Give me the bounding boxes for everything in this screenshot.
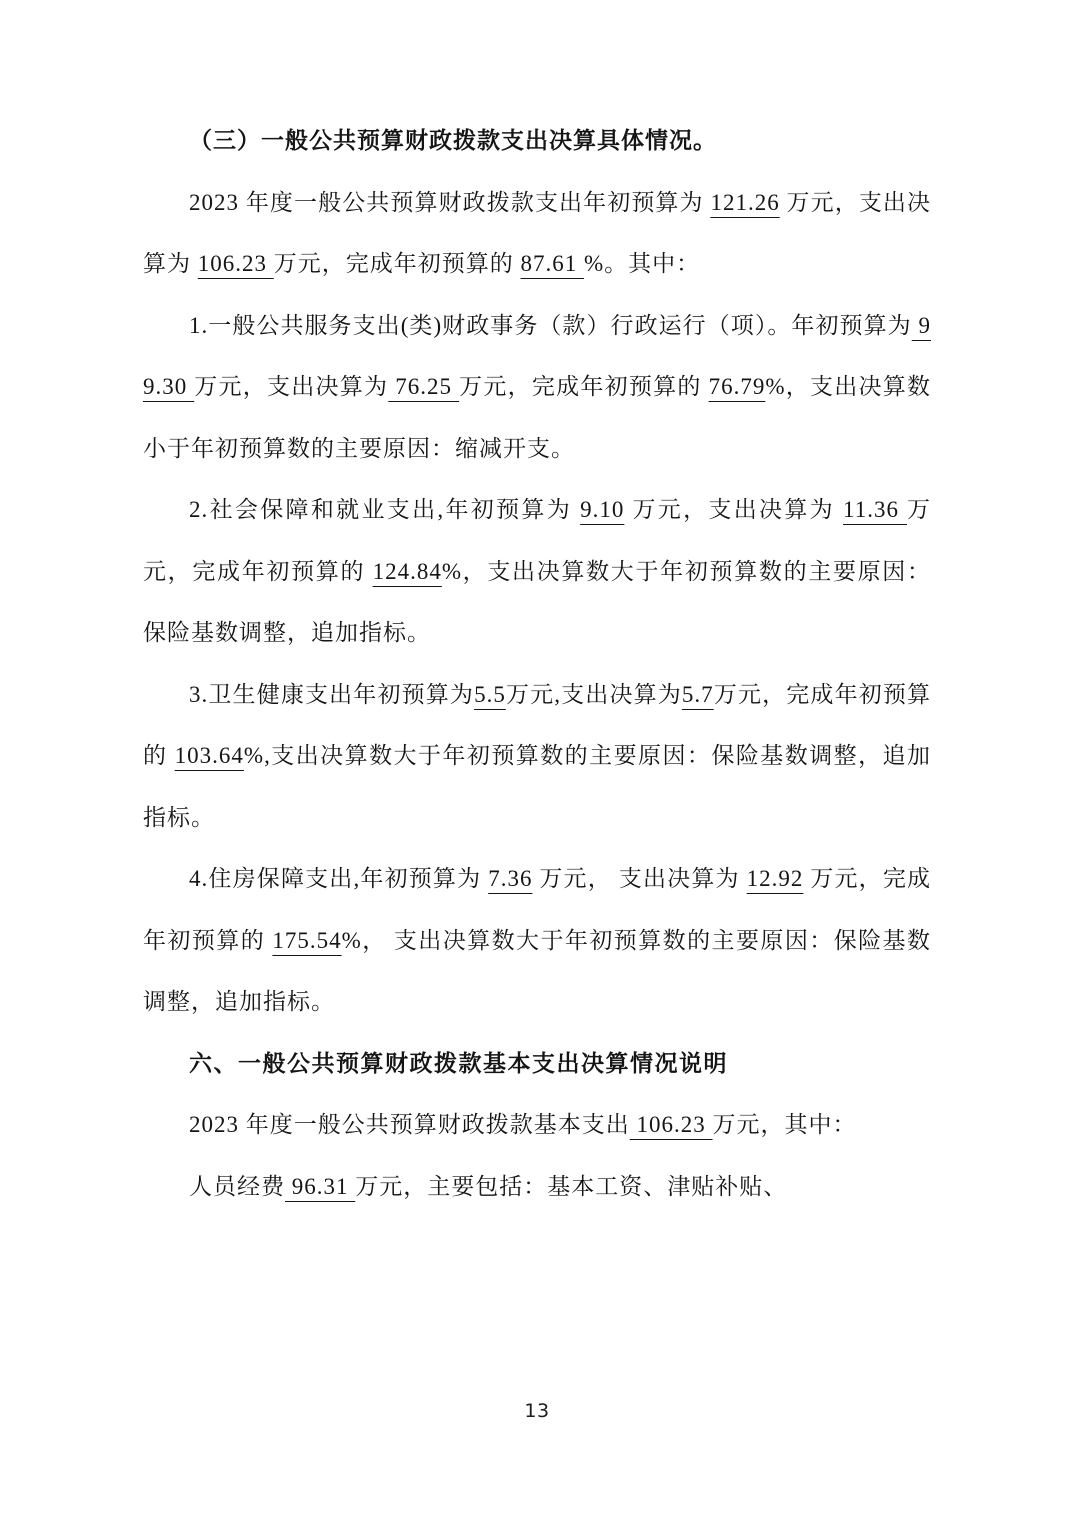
document-page: （三）一般公共预算财政拨款支出决算具体情况。2023 年度一般公共预算财政拨款支… — [0, 0, 1074, 1520]
text-run: 万元，主要包括：基本工资、津贴补贴、 — [355, 1174, 787, 1199]
text-run: 万元，完成年初预算的 — [459, 374, 709, 399]
underlined-value: 76.79 — [709, 374, 766, 399]
underlined-value: 121.26 — [710, 190, 779, 215]
text-run: 人员经费 — [189, 1174, 285, 1199]
underlined-value: 106.23 — [198, 251, 274, 276]
underlined-value: 76.25 — [388, 374, 459, 399]
paragraph: 2023 年度一般公共预算财政拨款基本支出 106.23 万元，其中： — [143, 1094, 931, 1156]
text-run: %,支出决算数大于年初预算数的主要原因：保险基数调整，追加指标。 — [143, 743, 931, 830]
underlined-value: 106.23 — [630, 1112, 713, 1137]
underlined-value: 87.61 — [521, 251, 585, 276]
underlined-value: 5.5 — [474, 682, 506, 707]
underlined-value: 12.92 — [747, 866, 804, 891]
section-heading: 六、一般公共预算财政拨款基本支出决算情况说明 — [143, 1033, 931, 1095]
underlined-value: 9.10 — [580, 497, 624, 522]
text-run: 2023 年度一般公共预算财政拨款支出年初预算为 — [189, 190, 710, 215]
text-run: 六、一般公共预算财政拨款基本支出决算情况说明 — [189, 1050, 728, 1076]
text-run: 万元，支出决算为 — [194, 374, 388, 399]
text-run: （三）一般公共预算财政拨款支出决算具体情况。 — [189, 128, 717, 153]
text-run: 2.社会保障和就业支出,年初预算为 — [189, 497, 580, 522]
text-run: 万元，其中： — [713, 1112, 857, 1137]
text-run: 1.一般公共服务支出(类)财政事务（款）行政运行（项）。年初预算为 — [189, 313, 912, 338]
text-run: 万元，完成年初预算的 — [274, 251, 521, 276]
text-run: %。其中： — [584, 251, 700, 276]
section-heading: （三）一般公共预算财政拨款支出决算具体情况。 — [143, 110, 931, 172]
underlined-value: 11.36 — [843, 497, 907, 522]
text-run: 2023 年度一般公共预算财政拨款基本支出 — [189, 1112, 630, 1137]
text-run: 万元， 支出决算为 — [532, 866, 746, 891]
paragraph: 1.一般公共服务支出(类)财政事务（款）行政运行（项）。年初预算为 99.30 … — [143, 295, 931, 480]
paragraph: 2023 年度一般公共预算财政拨款支出年初预算为 121.26 万元，支出决算为… — [143, 172, 931, 295]
paragraph: 3.卫生健康支出年初预算为5.5万元,支出决算为5.7万元，完成年初预算的 10… — [143, 664, 931, 849]
paragraph: 4.住房保障支出,年初预算为 7.36 万元， 支出决算为 12.92 万元，完… — [143, 848, 931, 1033]
text-run: 万元，支出决算为 — [624, 497, 843, 522]
underlined-value: 96.31 — [285, 1174, 355, 1199]
paragraph: 2.社会保障和就业支出,年初预算为 9.10 万元，支出决算为 11.36 万元… — [143, 479, 931, 664]
underlined-value: 175.54 — [272, 928, 341, 953]
paragraph: 人员经费 96.31 万元，主要包括：基本工资、津贴补贴、 — [143, 1156, 931, 1218]
text-run: 4.住房保障支出,年初预算为 — [189, 866, 488, 891]
page-number: 13 — [0, 1400, 1074, 1422]
text-run: 3.卫生健康支出年初预算为 — [189, 682, 474, 707]
document-body: （三）一般公共预算财政拨款支出决算具体情况。2023 年度一般公共预算财政拨款支… — [143, 110, 931, 1217]
underlined-value: 103.64 — [175, 743, 244, 768]
underlined-value: 5.7 — [682, 682, 714, 707]
underlined-value: 124.84 — [373, 559, 442, 584]
text-run: 万元,支出决算为 — [506, 682, 682, 707]
underlined-value: 7.36 — [488, 866, 532, 891]
